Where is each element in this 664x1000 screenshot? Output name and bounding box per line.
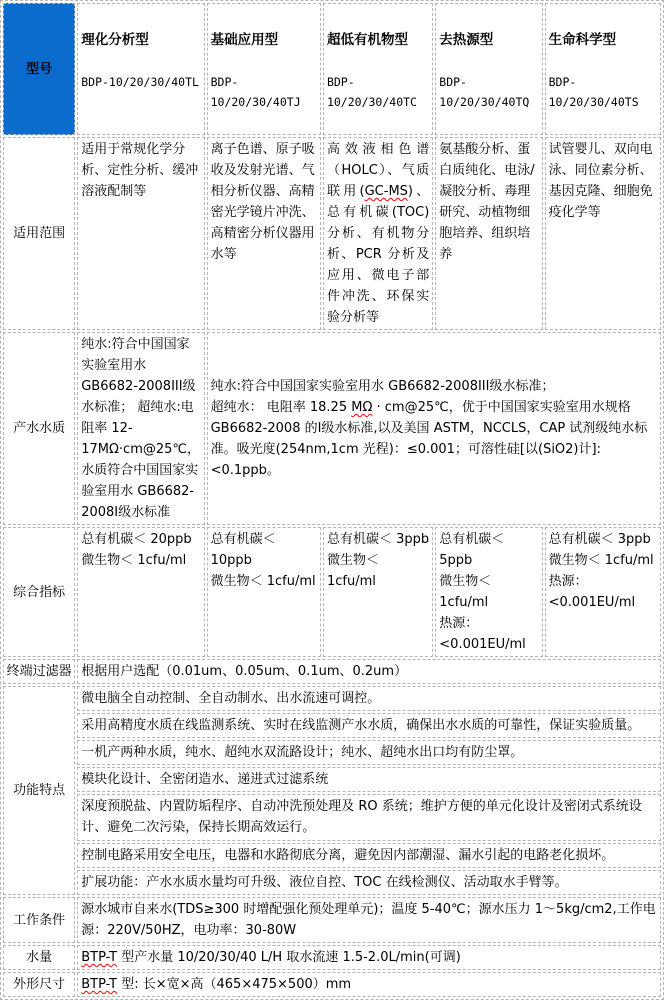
model-header-cell: 型号 xyxy=(3,3,75,135)
indicators-row: 综合指标 总有机碳＜ 20ppb 微生物＜ 1cfu/ml 总有机碳＜ 10pp… xyxy=(3,527,661,657)
column-model: BDP-10/20/30/40TQ xyxy=(439,72,538,112)
volume-cell: BTP-T 型产水量 10/20/30/40 L/H 取水流速 1.5-2.0L… xyxy=(77,945,661,970)
scope-cell-basic: 离子色谱、原子吸收及发射光谱、气相分析仪器、高精密光学镜片冲洗、高精密分析仪器用… xyxy=(207,137,321,330)
row-label-volume: 水量 xyxy=(3,945,75,970)
column-name: 超低有机物型 xyxy=(327,29,429,51)
scope-row: 适用范围 适用于常规化学分析、定性分析、缓冲溶液配制等 离子色谱、原子吸收及发射… xyxy=(3,137,661,330)
column-model: BDP-10/20/30/40TS xyxy=(549,72,657,112)
scope-cell-low-organic: 高效液相色谱（HOLC）、气质联用(GC-MS)、总有机碳(TOC)分析、有机物… xyxy=(323,137,433,330)
column-header-basic: 基础应用型 BDP-10/20/30/40TJ xyxy=(207,3,321,135)
features-item: 微电脑全自动控制、全自动制水、出水流速可调控。 xyxy=(77,686,661,711)
row-label-dimensions: 外形尺寸 xyxy=(3,972,75,997)
indicators-cell-low-organic: 总有机碳＜ 3ppb 微生物＜ 1cfu/ml xyxy=(323,527,433,657)
indicators-cell-basic: 总有机碳＜ 10ppb 微生物＜ 1cfu/ml xyxy=(207,527,321,657)
dimensions-text: 型: 长×宽×高（465×475×500）mm xyxy=(117,977,351,992)
features-row: 深度预脱盐、内置防垢程序、自动冲洗预处理及 RO 系统；维护方便的单元化设计及密… xyxy=(3,794,661,841)
scope-cell-physchem: 适用于常规化学分析、定性分析、缓冲溶液配制等 xyxy=(77,137,204,330)
volume-row: 水量 BTP-T 型产水量 10/20/30/40 L/H 取水流速 1.5-2… xyxy=(3,945,661,970)
features-row: 一机产两种水质，纯水、超纯水双流路设计；纯水、超纯水出口均有防尘罩。 xyxy=(3,740,661,765)
dimensions-row: 外形尺寸 BTP-T 型: 长×宽×高（465×475×500）mm xyxy=(3,972,661,997)
quality-cell-merged: 纯水:符合中国国家实验室用水 GB6682-2008III级水标准； 超纯水： … xyxy=(207,332,661,525)
spellcheck-underline: BTP-T xyxy=(81,977,117,992)
column-name: 生命科学型 xyxy=(549,29,657,51)
features-item: 模块化设计、全密闭造水、递进式过滤系统 xyxy=(77,767,661,792)
spellcheck-underline: BTP-T xyxy=(81,950,117,965)
column-model: BDP-10/20/30/40TJ xyxy=(211,72,317,112)
features-row: 功能特点 微电脑全自动控制、全自动制水、出水流速可调控。 xyxy=(3,686,661,711)
spec-table: 型号 理化分析型 BDP-10/20/30/40TL 基础应用型 BDP-10/… xyxy=(0,0,664,1000)
row-label-quality: 产水水质 xyxy=(3,332,75,525)
column-header-pyrogen-free: 去热源型 BDP-10/20/30/40TQ xyxy=(435,3,542,135)
row-label-features: 功能特点 xyxy=(3,686,75,895)
features-item: 一机产两种水质，纯水、超纯水双流路设计；纯水、超纯水出口均有防尘罩。 xyxy=(77,740,661,765)
features-row: 扩展功能：产水水质水量均可升级、液位自控、TOC 在线检测仪、活动取水手臂等。 xyxy=(3,870,661,895)
header-row: 型号 理化分析型 BDP-10/20/30/40TL 基础应用型 BDP-10/… xyxy=(3,3,661,135)
features-item: 控制电路采用安全电压，电器和水路彻底分离，避免因内部潮湿、漏水引起的电路老化损坏… xyxy=(77,843,661,868)
row-label-indicators: 综合指标 xyxy=(3,527,75,657)
dimensions-cell: BTP-T 型: 长×宽×高（465×475×500）mm xyxy=(77,972,661,997)
row-label-conditions: 工作条件 xyxy=(3,897,75,943)
indicators-cell-life-science: 总有机碳＜ 3ppb 微生物＜ 1cfu/ml 热源：<0.001EU/ml xyxy=(545,527,661,657)
features-row: 控制电路采用安全电压，电器和水路彻底分离，避免因内部潮湿、漏水引起的电路老化损坏… xyxy=(3,843,661,868)
indicators-cell-pyrogen-free: 总有机碳＜ 5ppb 微生物＜ 1cfu/ml 热源：<0.001EU/ml xyxy=(435,527,542,657)
conditions-cell: 源水城市自来水(TDS≥300 时增配强化预处理单元)；温度 5-40℃；源水压… xyxy=(77,897,661,943)
features-item: 深度预脱盐、内置防垢程序、自动冲洗预处理及 RO 系统；维护方便的单元化设计及密… xyxy=(77,794,661,841)
volume-text: 型产水量 10/20/30/40 L/H 取水流速 1.5-2.0L/min(可… xyxy=(117,950,461,965)
column-header-physchem: 理化分析型 BDP-10/20/30/40TL xyxy=(77,3,204,135)
scope-cell-life-science: 试管婴儿、双向电泳、同位素分析、基因克隆、细胞免疫化学等 xyxy=(545,137,661,330)
spellcheck-underline: MΩ xyxy=(351,400,372,415)
conditions-row: 工作条件 源水城市自来水(TDS≥300 时增配强化预处理单元)；温度 5-40… xyxy=(3,897,661,943)
quality-cell-physchem: 纯水:符合中国国家实验室用水 GB6682-2008III级水标准； 超纯水:电… xyxy=(77,332,204,525)
features-item: 扩展功能：产水水质水量均可升级、液位自控、TOC 在线检测仪、活动取水手臂等。 xyxy=(77,870,661,895)
quality-row: 产水水质 纯水:符合中国国家实验室用水 GB6682-2008III级水标准； … xyxy=(3,332,661,525)
column-name: 理化分析型 xyxy=(81,29,200,51)
features-row: 采用高精度水质在线监测系统、实时在线监测产水水质，确保出水水质的可靠性，保证实验… xyxy=(3,713,661,738)
features-row: 模块化设计、全密闭造水、递进式过滤系统 xyxy=(3,767,661,792)
scope-text: )、总有机碳(TOC)分析、有机物分析、PCR 分析及应用、微电子部件冲洗、环保… xyxy=(327,184,429,325)
filter-row: 终端过滤器 根据用户选配（0.01um、0.05um、0.1um、0.2um） xyxy=(3,659,661,684)
scope-cell-pyrogen-free: 氨基酸分析、蛋白质纯化、电泳/凝胶分析、毒理研究、动植物细胞培养、组织培养 xyxy=(435,137,542,330)
column-name: 基础应用型 xyxy=(211,29,317,51)
spellcheck-underline: GC-MS xyxy=(365,184,408,199)
filter-cell: 根据用户选配（0.01um、0.05um、0.1um、0.2um） xyxy=(77,659,661,684)
row-label-scope: 适用范围 xyxy=(3,137,75,330)
column-header-life-science: 生命科学型 BDP-10/20/30/40TS xyxy=(545,3,661,135)
column-name: 去热源型 xyxy=(439,29,538,51)
row-label-filter: 终端过滤器 xyxy=(3,659,75,684)
column-model: BDP-10/20/30/40TC xyxy=(327,72,429,112)
column-header-low-organic: 超低有机物型 BDP-10/20/30/40TC xyxy=(323,3,433,135)
indicators-cell-physchem: 总有机碳＜ 20ppb 微生物＜ 1cfu/ml xyxy=(77,527,204,657)
column-model: BDP-10/20/30/40TL xyxy=(81,72,200,92)
features-item: 采用高精度水质在线监测系统、实时在线监测产水水质，确保出水水质的可靠性，保证实验… xyxy=(77,713,661,738)
